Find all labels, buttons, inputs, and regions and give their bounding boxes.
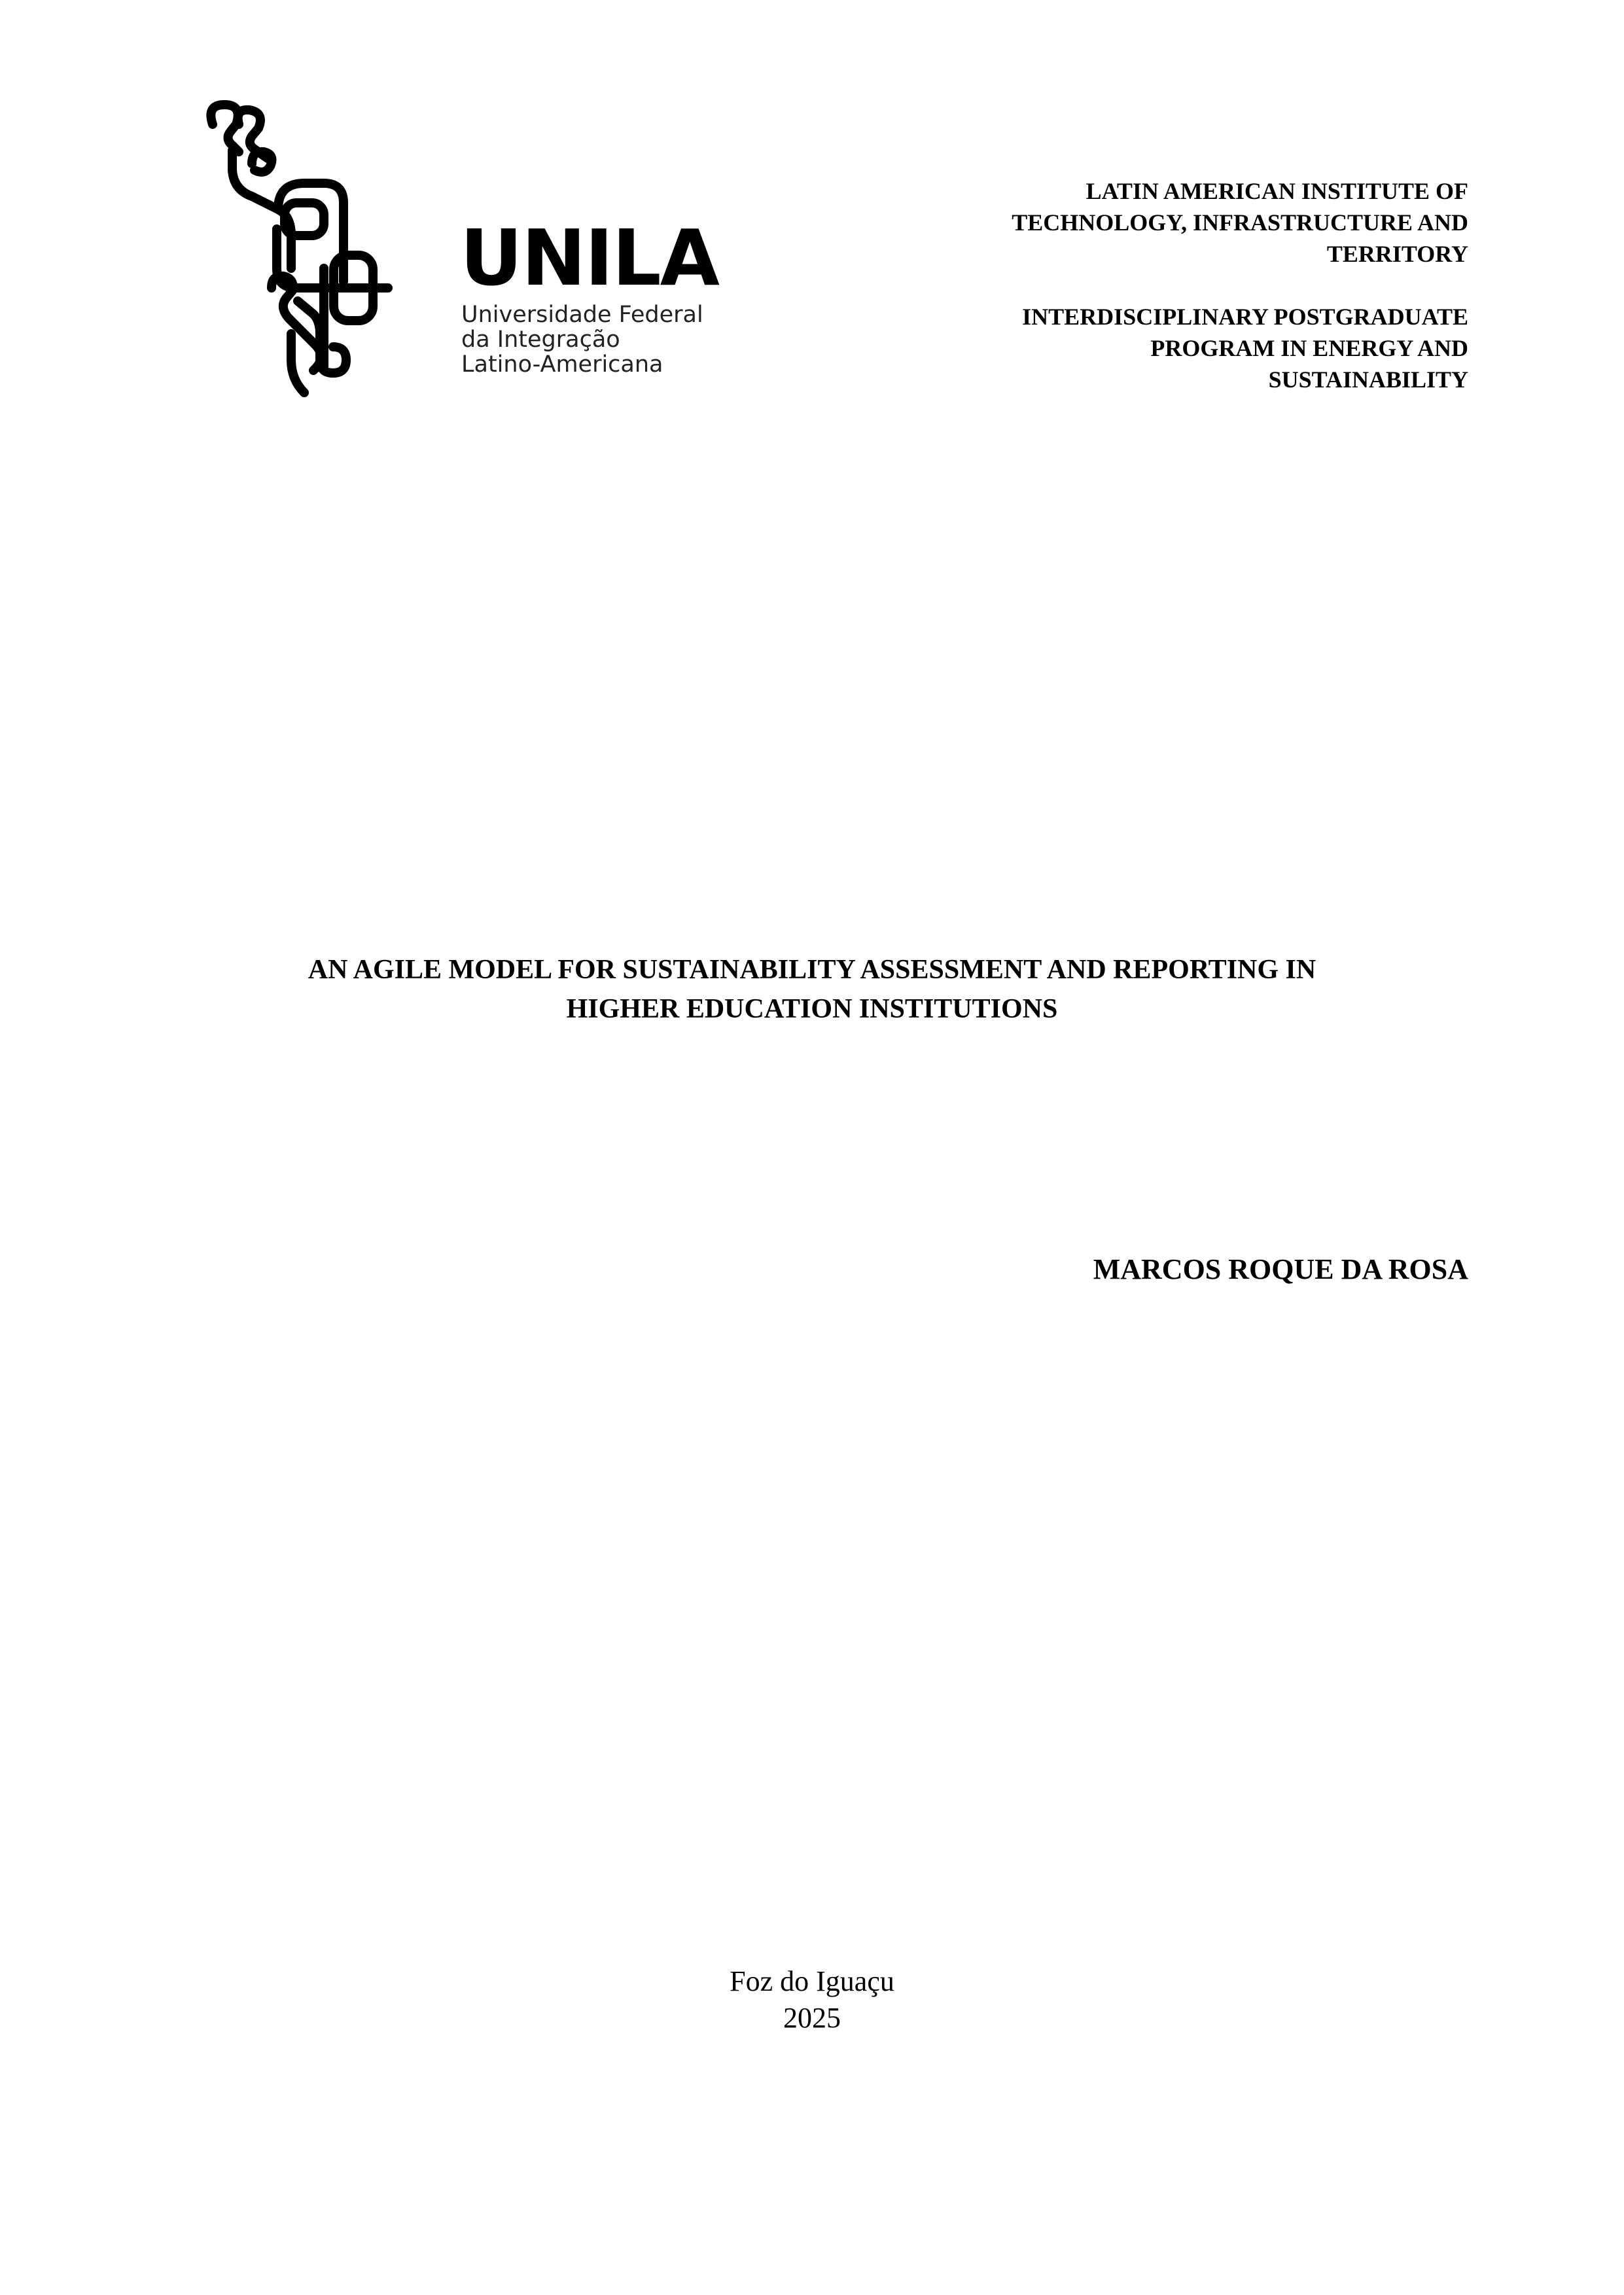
title-line: HIGHER EDUCATION INSTITUTIONS [196,989,1428,1029]
program-name-line: SUSTAINABILITY [879,364,1468,395]
institute-name-line: TECHNOLOGY, INFRASTRUCTURE AND [879,207,1468,238]
title-line: AN AGILE MODEL FOR SUSTAINABILITY ASSESS… [196,950,1428,989]
logo-wordmark: UNILA [460,219,718,296]
university-logo: UNILA Universidade Federal da Integração… [200,98,697,399]
program-name: INTERDISCIPLINARY POSTGRADUATE PROGRAM I… [879,301,1468,395]
program-name-line: PROGRAM IN ENERGY AND [879,332,1468,364]
logo-subtitle-line: Latino-Americana [461,352,703,377]
logo-subtitle-line: Universidade Federal [461,302,703,327]
institute-name-line: LATIN AMERICAN INSTITUTE OF [879,175,1468,207]
institute-name-line: TERRITORY [879,238,1468,270]
institute-name: LATIN AMERICAN INSTITUTE OF TECHNOLOGY, … [879,175,1468,270]
logo-subtitle: Universidade Federal da Integração Latin… [461,302,703,377]
document-title: AN AGILE MODEL FOR SUSTAINABILITY ASSESS… [196,950,1428,1029]
author-name: MARCOS ROQUE DA ROSA [1093,1251,1468,1288]
program-name-line: INTERDISCIPLINARY POSTGRADUATE [879,301,1468,332]
unila-knot-logo-icon [200,98,461,399]
footer: Foz do Iguaçu 2025 [0,1963,1624,2037]
city: Foz do Iguaçu [0,1963,1624,2000]
logo-subtitle-line: da Integração [461,327,703,352]
year: 2025 [0,2000,1624,2037]
institute-header: LATIN AMERICAN INSTITUTE OF TECHNOLOGY, … [879,175,1468,395]
